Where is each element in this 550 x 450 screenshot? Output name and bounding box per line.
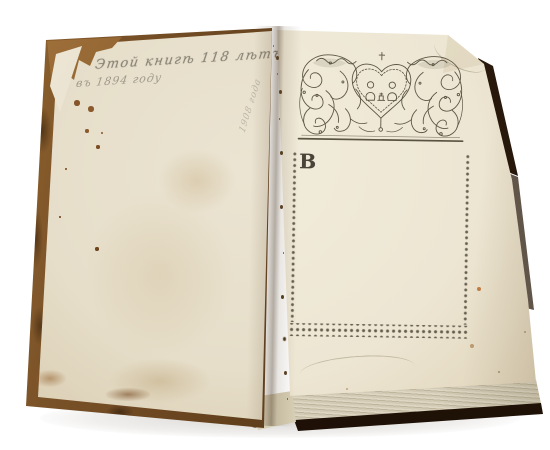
ornament-border-bottom (288, 323, 468, 339)
printed-area: В о славу святыя, единосущныя, живо-твор… (288, 48, 475, 345)
headpiece-engraving-icon (295, 48, 466, 147)
stain (34, 370, 66, 387)
colophon-frame: В о славу святыя, единосущныя, живо-твор… (288, 150, 471, 339)
stain (106, 388, 150, 401)
stain (85, 190, 235, 360)
antique-book-photo: Этой книгѣ 118 лѣтъ въ 1894 году 1908 го… (0, 0, 550, 450)
stain (158, 148, 236, 214)
engraved-headpiece (295, 48, 466, 147)
paper-loss-chips (74, 100, 80, 106)
ornament-border-right (462, 154, 472, 325)
wormholes (0, 0, 3, 4)
colophon-line: творящія, и нераздѣлимыя Троицы, (301, 152, 314, 162)
colophon-text: В о славу святыя, единосущныя, живо-твор… (301, 152, 461, 155)
ornament-border-left (289, 151, 299, 322)
